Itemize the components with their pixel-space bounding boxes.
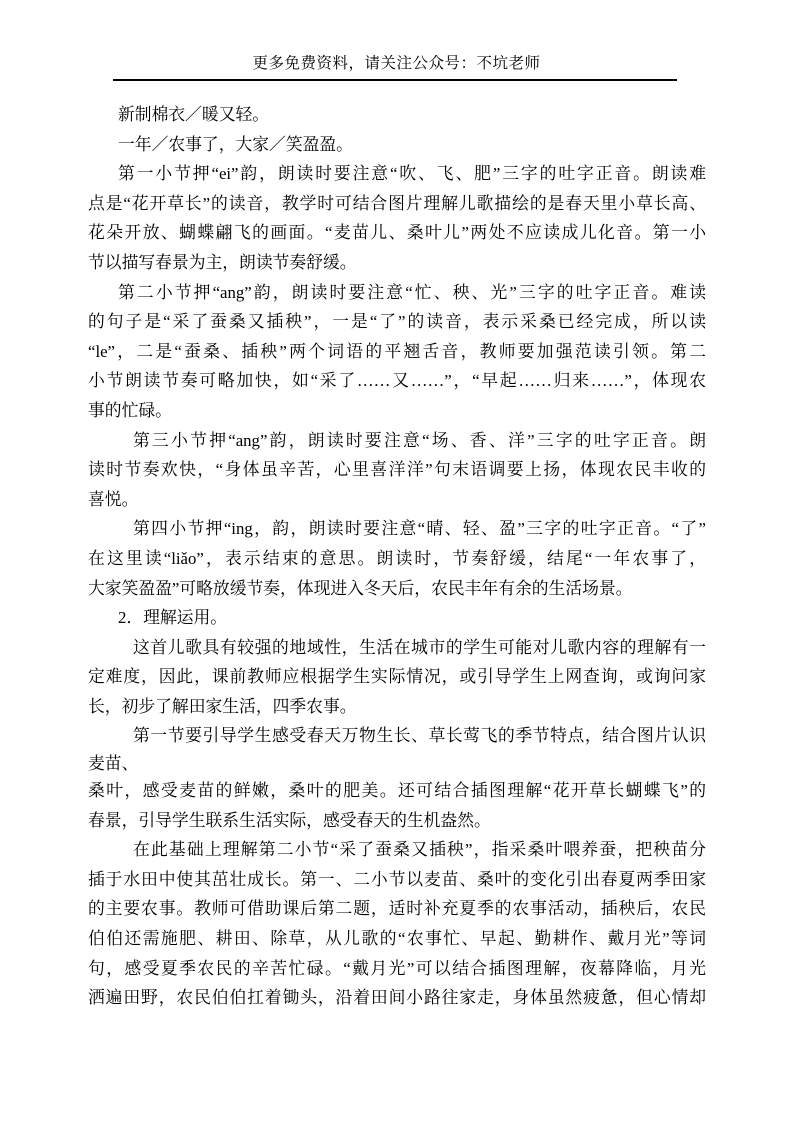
document-page: 更多免费资料，请关注公众号：不坑老师 新制棉衣／暖又轻。一年／农事了，大家／笑盈… bbox=[0, 0, 793, 1122]
text-line: 事的忙碌。 bbox=[88, 396, 706, 426]
text-line: 一年／农事了，大家／笑盈盈。 bbox=[88, 130, 706, 160]
text-line: 第一小节押“ei”韵，朗读时要注意“吹、飞、肥”三字的吐字正音。朗读难 bbox=[88, 159, 706, 189]
text-line: 的句子是“采了蚕桑又插秧”，一是“了”的读音，表示采桑已经完成，所以读 bbox=[88, 307, 706, 337]
text-line: 喜悦。 bbox=[88, 485, 706, 515]
text-line: 第四小节押“ing，韵，朗读时要注意“晴、轻、盈”三字的吐字正音。“了” bbox=[88, 514, 706, 544]
text-line: 读时节奏欢快，“身体虽辛苦，心里喜洋洋”句末语调要上扬，体现农民丰收的 bbox=[88, 455, 706, 485]
text-line: “le”，二是“蚕桑、插秧”两个词语的平翘舌音，教师要加强范读引领。第二 bbox=[88, 337, 706, 367]
text-line: 定难度，因此，课前教师应根据学生实际情况，或引导学生上网查询，或询问家 bbox=[88, 662, 706, 692]
text-line: 桑叶，感受麦苗的鲜嫩，桑叶的肥美。还可结合插图理解“花开草长蝴蝶飞”的 bbox=[88, 776, 706, 806]
page-header: 更多免费资料，请关注公众号：不坑老师 bbox=[0, 51, 793, 73]
text-line: 春景，引导学生联系生活实际，感受春天的生机盎然。 bbox=[88, 806, 706, 836]
document-body: 新制棉衣／暖又轻。一年／农事了，大家／笑盈盈。第一小节押“ei”韵，朗读时要注意… bbox=[88, 100, 706, 1013]
text-line: 第二小节押“ang”韵，朗读时要注意“忙、秧、光”三字的吐字正音。难读 bbox=[88, 278, 706, 308]
text-line: 大家笑盈盈”可略放缓节奏，体现进入冬天后，农民丰年有余的生活场景。 bbox=[88, 574, 706, 604]
text-line: 第三小节押“ang”韵，朗读时要注意“场、香、洋”三字的吐字正音。朗 bbox=[88, 426, 706, 456]
text-line: 的主要农事。教师可借助课后第二题，适时补充夏季的农事活动，插秧后，农民 bbox=[88, 894, 706, 924]
text-line: 新制棉衣／暖又轻。 bbox=[88, 100, 706, 130]
text-line: 麦苗、 bbox=[88, 751, 706, 776]
text-line: 插于水田中使其茁壮成长。第一、二小节以麦苗、桑叶的变化引出春夏两季田家 bbox=[88, 865, 706, 895]
text-line: 句，感受夏季农民的辛苦忙碌。“戴月光”可以结合插图理解，夜幕降临，月光 bbox=[88, 954, 706, 984]
header-divider bbox=[113, 79, 677, 81]
text-line: 花朵开放、蝴蝶翩飞的画面。“麦苗儿、桑叶儿”两处不应读成儿化音。第一小 bbox=[88, 218, 706, 248]
text-line: 伯伯还需施肥、耕田、除草，从儿歌的“农事忙、早起、勤耕作、戴月光”等词 bbox=[88, 924, 706, 954]
text-line: 在此基础上理解第二小节“采了蚕桑又插秧”，指采桑叶喂养蚕，把秧苗分 bbox=[88, 835, 706, 865]
text-line: 长，初步了解田家生活，四季农事。 bbox=[88, 692, 706, 722]
text-line: 在这里读“liǎo”，表示结束的意思。朗读时，节奏舒缓，结尾“一年农事了， bbox=[88, 544, 706, 574]
text-line: 小节朗读节奏可略加快，如“采了……又……”，“早起……归来……”，体现农 bbox=[88, 366, 706, 396]
text-line: 洒遍田野，农民伯伯扛着锄头，沿着田间小路往家走，身体虽然疲惫，但心情却 bbox=[88, 983, 706, 1013]
text-line: 节以描写春景为主，朗读节奏舒缓。 bbox=[88, 248, 706, 278]
text-line: 2．理解运用。 bbox=[88, 603, 706, 633]
text-line: 第一节要引导学生感受春天万物生长、草长莺飞的季节特点，结合图片认识 bbox=[88, 721, 706, 751]
text-line: 这首儿歌具有较强的地域性，生活在城市的学生可能对儿歌内容的理解有一 bbox=[88, 633, 706, 663]
header-text: 更多免费资料，请关注公众号：不坑老师 bbox=[252, 55, 540, 72]
text-line: 点是“花开草长”的读音，教学时可结合图片理解儿歌描绘的是春天里小草长高、 bbox=[88, 189, 706, 219]
